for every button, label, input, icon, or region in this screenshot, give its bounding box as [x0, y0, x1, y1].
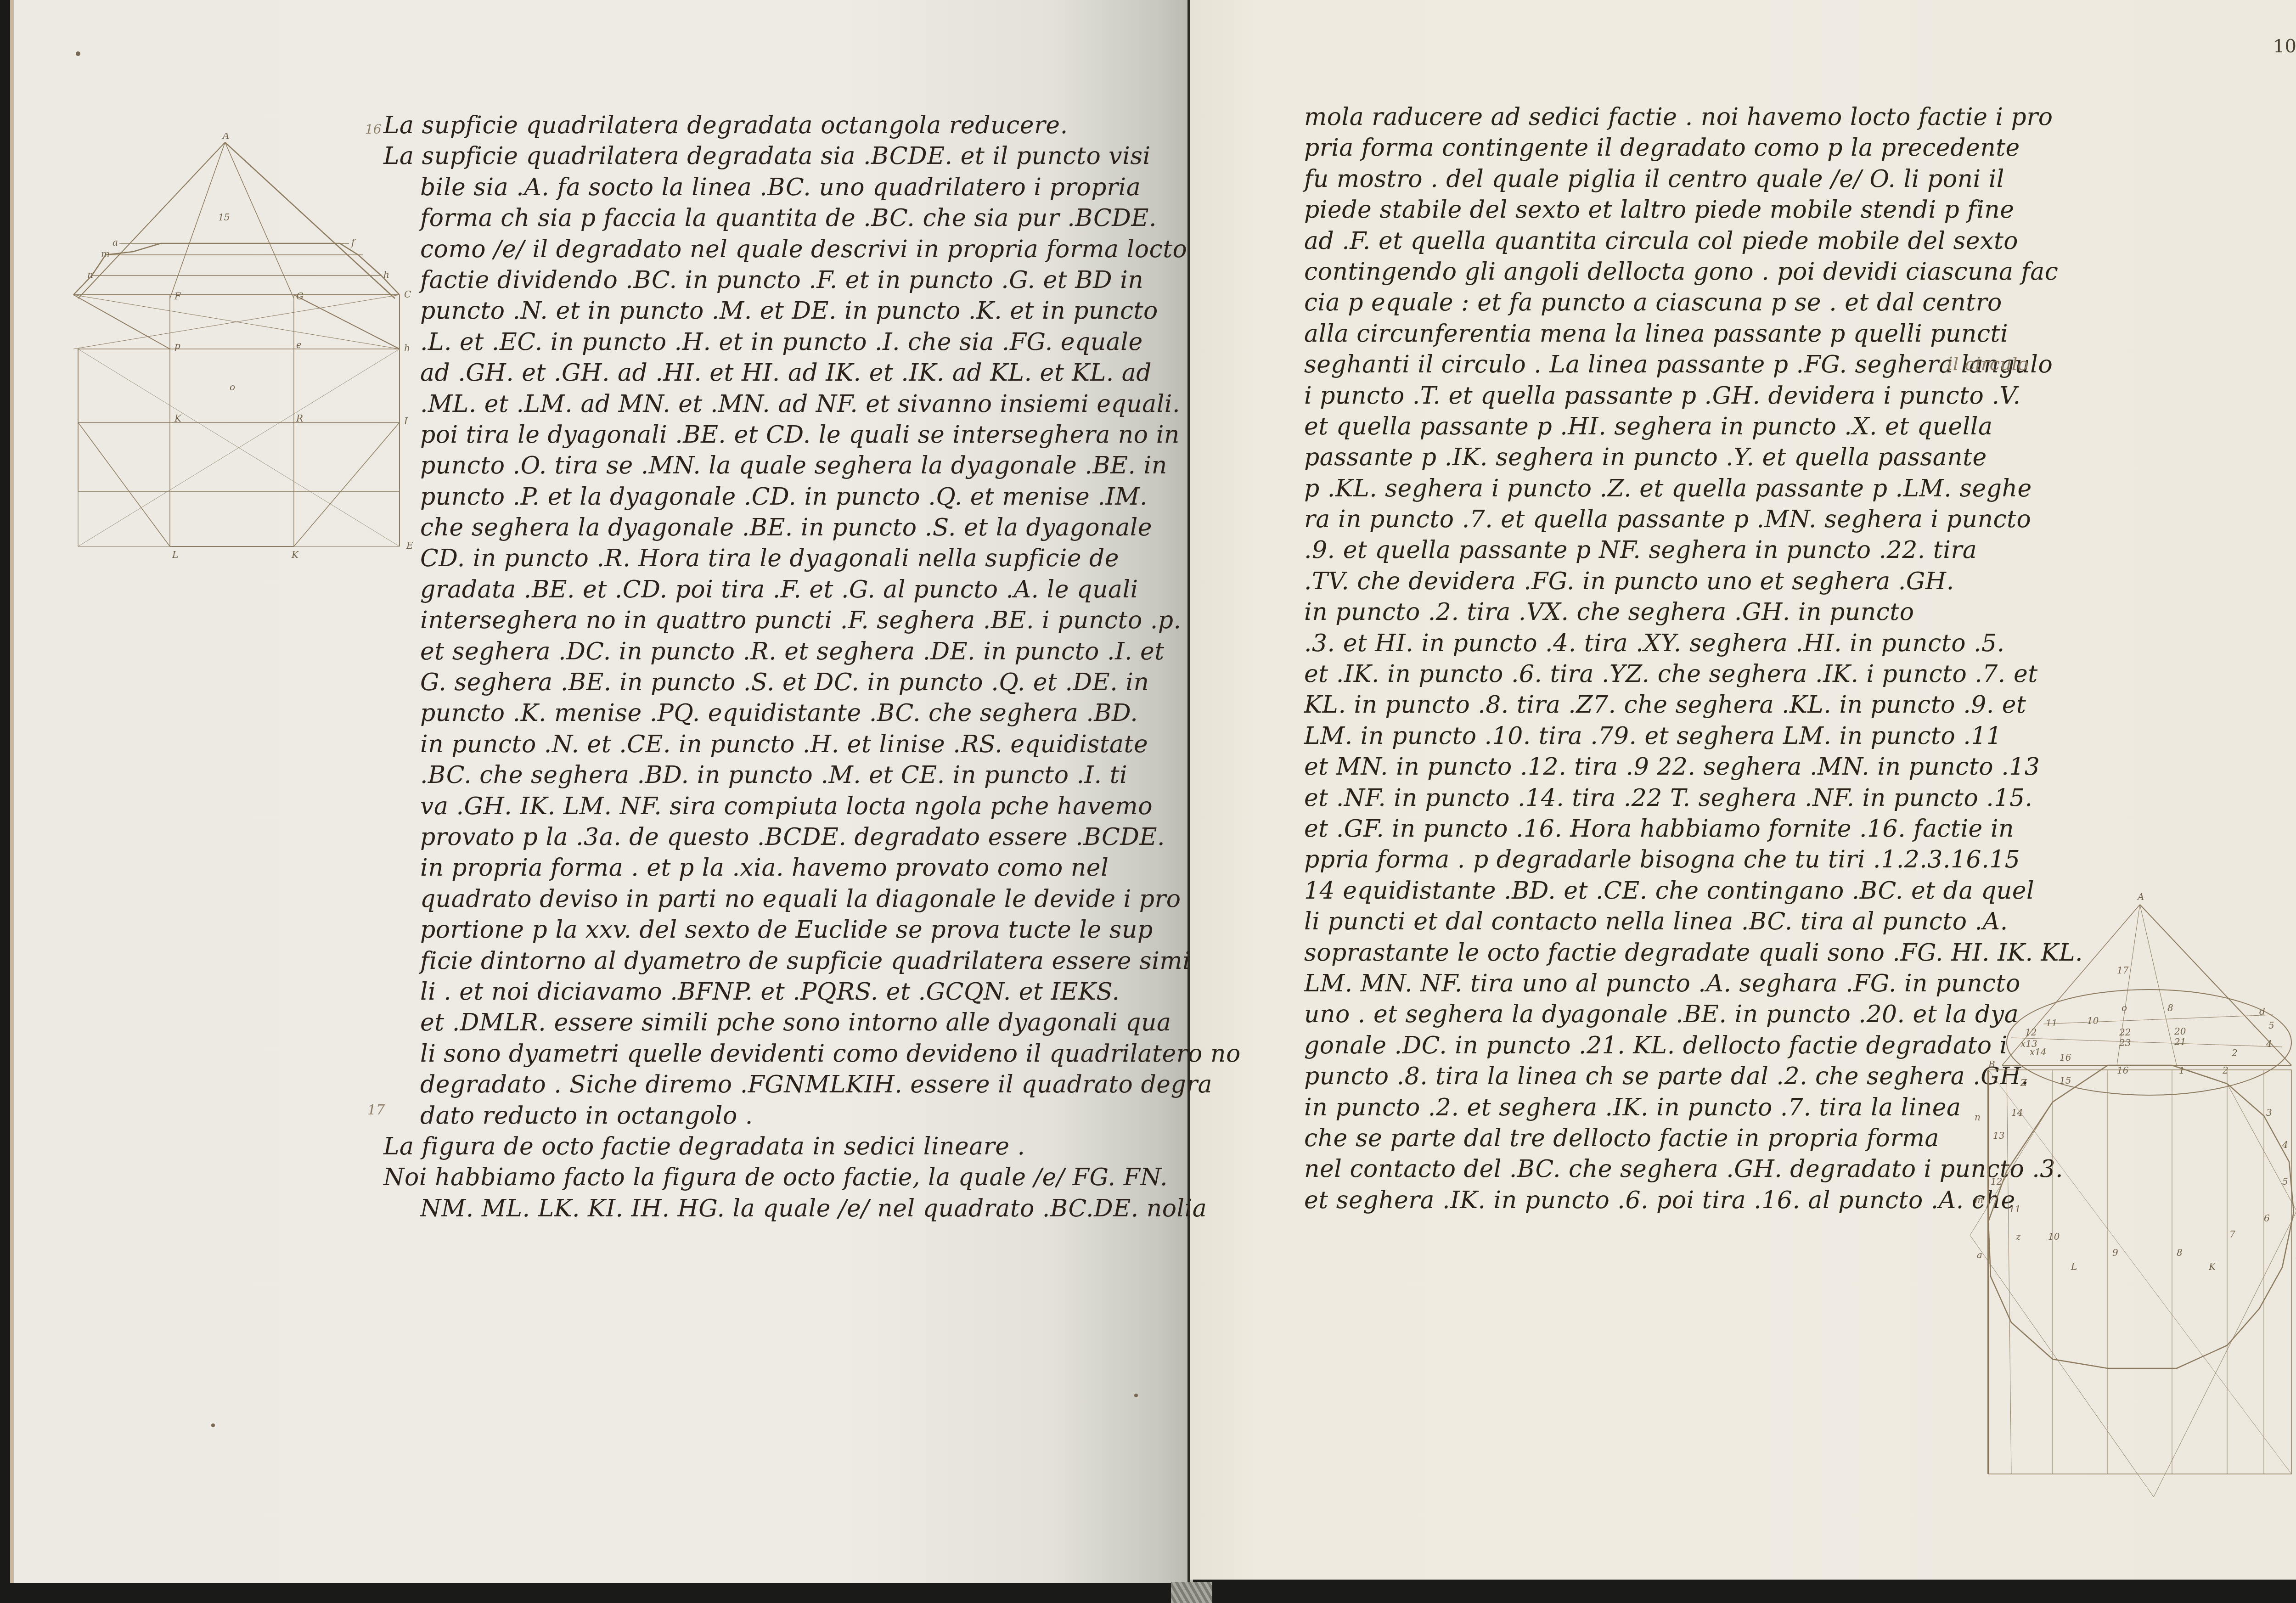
ink-speck: [211, 1423, 215, 1427]
folio-number: 10: [2273, 36, 2296, 57]
svg-text:7: 7: [2229, 1229, 2235, 1240]
text-line: LM. in puncto .10. tira .79. et seghera …: [1304, 721, 2020, 752]
svg-text:K: K: [291, 549, 299, 560]
margin-note-il-circulo: il circulo: [1947, 354, 2029, 375]
right-page-text: mola raducere ad sedici factie . noi hav…: [1304, 102, 2020, 1216]
text-line: G. seghera .BE. in puncto .S. et DC. in …: [383, 667, 1127, 698]
text-line: 14 equidistante .BD. et .CE. che conting…: [1304, 876, 2020, 906]
left-page-text: La supficie quadrilatera degradata octan…: [383, 110, 1127, 1224]
svg-text:o: o: [2122, 1002, 2127, 1013]
book-gutter: [1187, 0, 1190, 1589]
text-line: i puncto .T. et quella passante p .GH. d…: [1304, 381, 2020, 411]
text-line: puncto .8. tira la linea ch se parte dal…: [1304, 1061, 2020, 1092]
text-line: che seghera la dyagonale .BE. in puncto …: [383, 512, 1127, 543]
text-line: passante p .IK. seghera in puncto .Y. et…: [1304, 442, 2020, 473]
text-line: LM. MN. NF. tira uno al puncto .A. segha…: [1304, 968, 2020, 999]
svg-text:L: L: [172, 549, 178, 560]
svg-text:f: f: [350, 237, 356, 248]
text-line: ad .F. et quella quantita circula col pi…: [1304, 226, 2020, 257]
text-line: in propria forma . et p la .xia. havemo …: [383, 853, 1127, 883]
ink-speck: [76, 51, 80, 56]
text-line: CD. in puncto .R. Hora tira le dyagonali…: [383, 543, 1127, 574]
text-line: quadrato deviso in parti no equali la di…: [383, 884, 1127, 915]
svg-text:2: 2: [2231, 1047, 2238, 1058]
svg-text:I: I: [404, 416, 408, 427]
svg-text:n: n: [1975, 1112, 1981, 1123]
svg-text:15: 15: [2060, 1075, 2071, 1086]
text-line: ficie dintorno al dyametro de supficie q…: [383, 946, 1127, 977]
text-line: soprastante le octo factie degradate qua…: [1304, 938, 2020, 968]
text-line: poi tira le dyagonali .BE. et CD. le qua…: [383, 420, 1127, 450]
text-line: .ML. et .LM. ad MN. et .MN. ad NF. et si…: [383, 389, 1127, 420]
text-line: .TV. che devidera .FG. in puncto uno et …: [1304, 566, 2020, 597]
svg-text:4: 4: [2282, 1139, 2288, 1150]
svg-text:Z: Z: [2020, 1077, 2027, 1088]
svg-text:5: 5: [2268, 1020, 2274, 1031]
section-heading: La figura de octo factie degradata in se…: [383, 1131, 1127, 1162]
text-line: seghanti il circulo . La linea passante …: [1304, 349, 2020, 380]
diagram-right-svg: A 17 d B C o 8 10 11 12 x13 x14 16 22 23…: [1961, 882, 2296, 1515]
text-line: et .GF. in puncto .16. Hora habbiamo for…: [1304, 814, 2020, 844]
svg-text:e: e: [296, 339, 302, 350]
text-line: puncto .K. menise .PQ. equidistante .BC.…: [383, 698, 1127, 729]
svg-text:23: 23: [2119, 1037, 2131, 1048]
svg-text:2: 2: [2222, 1065, 2228, 1076]
svg-text:a: a: [1977, 1249, 1982, 1260]
svg-text:1: 1: [2179, 1065, 2185, 1076]
text-line: et .IK. in puncto .6. tira .YZ. che segh…: [1304, 659, 2020, 690]
text-line: .3. et HI. in puncto .4. tira .XY. seghe…: [1304, 628, 2020, 659]
svg-text:14: 14: [2011, 1107, 2023, 1118]
text-line: et .DMLR. essere simili pche sono intorn…: [383, 1007, 1127, 1038]
svg-text:h: h: [404, 343, 410, 354]
octagon-construction-diagram: A 15 a f m n h F G C p e h o K R I L K E: [64, 133, 413, 739]
text-line: li puncti et dal contacto nella linea .B…: [1304, 906, 2020, 937]
text-line: gradata .BE. et .CD. poi tira .F. et .G.…: [383, 574, 1127, 605]
svg-text:z: z: [2015, 1231, 2021, 1242]
text-line: puncto .P. et la dyagonale .CD. in punct…: [383, 482, 1127, 512]
svg-text:d: d: [2259, 1006, 2265, 1017]
svg-text:17: 17: [2117, 965, 2129, 976]
text-line: et .NF. in puncto .14. tira .22 T. seghe…: [1304, 783, 2020, 814]
text-line: NM. ML. LK. KI. IH. HG. la quale /e/ nel…: [383, 1193, 1127, 1224]
text-line: dato reducto in octangolo .: [383, 1101, 1127, 1131]
text-line: .9. et quella passante p NF. seghera in …: [1304, 535, 2020, 566]
margin-number-17: 17: [367, 1102, 385, 1118]
text-line: piede stabile del sexto et laltro piede …: [1304, 195, 2020, 225]
svg-text:13: 13: [1993, 1130, 2004, 1141]
text-line: p .KL. seghera i puncto .Z. et quella pa…: [1304, 473, 2020, 504]
svg-text:p: p: [174, 340, 180, 351]
text-line: et seghera .IK. in puncto .6. poi tira .…: [1304, 1185, 2020, 1216]
text-line: como /e/ il degradato nel quale descrivi…: [383, 234, 1127, 265]
svg-text:m: m: [101, 248, 110, 259]
text-line: provato p la .3a. de questo .BCDE. degra…: [383, 822, 1127, 853]
svg-text:10: 10: [2087, 1015, 2099, 1026]
text-line: interseghera no in quattro puncti .F. se…: [383, 605, 1127, 636]
text-line: puncto .O. tira se .MN. la quale seghera…: [383, 450, 1127, 481]
svg-text:F: F: [174, 291, 181, 302]
svg-text:5: 5: [2282, 1176, 2288, 1187]
svg-text:G: G: [296, 291, 304, 302]
text-line: contingendo gli angoli dellocta gono . p…: [1304, 257, 2020, 287]
section-heading: La supficie quadrilatera degradata octan…: [383, 110, 1127, 141]
svg-text:C: C: [404, 289, 411, 300]
text-line: uno . et seghera la dyagonale .BE. in pu…: [1304, 999, 2020, 1030]
text-line: mola raducere ad sedici factie . noi hav…: [1304, 102, 2020, 133]
svg-text:16: 16: [2060, 1052, 2071, 1063]
svg-text:15: 15: [218, 212, 230, 223]
text-line: La supficie quadrilatera degradata sia .…: [383, 141, 1127, 172]
text-line: in puncto .2. tira .VX. che seghera .GH.…: [1304, 597, 2020, 628]
text-line: nel contacto del .BC. che seghera .GH. d…: [1304, 1154, 2020, 1185]
text-line: fu mostro . del quale piglia il centro q…: [1304, 164, 2020, 195]
svg-text:L: L: [2071, 1261, 2077, 1272]
text-line: ppria forma . p degradarle bisogna che t…: [1304, 844, 2020, 875]
text-line: in puncto .N. et .CE. in puncto .H. et l…: [383, 729, 1127, 760]
svg-text:9: 9: [2112, 1247, 2118, 1258]
svg-text:3: 3: [2266, 1107, 2272, 1118]
ink-speck: [1134, 1394, 1138, 1397]
text-line: portione p la xxv. del sexto de Euclide …: [383, 915, 1127, 945]
text-line: .BC. che seghera .BD. in puncto .M. et C…: [383, 760, 1127, 791]
svg-text:22: 22: [2119, 1027, 2131, 1038]
text-line: et MN. in puncto .12. tira .9 22. segher…: [1304, 752, 2020, 782]
text-line: ra in puncto .7. et quella passante p .M…: [1304, 504, 2020, 535]
svg-text:h: h: [383, 269, 389, 280]
svg-text:K: K: [2208, 1261, 2216, 1272]
svg-text:A: A: [222, 133, 229, 141]
text-line: pria forma contingente il degradato como…: [1304, 133, 2020, 163]
text-line: KL. in puncto .8. tira .Z7. che seghera …: [1304, 690, 2020, 720]
text-line: che se parte dal tre dellocto factie in …: [1304, 1123, 2020, 1154]
text-line: .L. et .EC. in puncto .H. et in puncto .…: [383, 327, 1127, 358]
svg-text:4: 4: [2266, 1038, 2272, 1049]
text-line: et seghera .DC. in puncto .R. et seghera…: [383, 636, 1127, 667]
text-line: puncto .N. et in puncto .M. et DE. in pu…: [383, 296, 1127, 326]
svg-text:11: 11: [2046, 1018, 2057, 1029]
svg-text:a: a: [113, 237, 118, 248]
svg-text:16: 16: [2117, 1065, 2129, 1076]
text-line: li . et noi diciavamo .BFNP. et .PQRS. e…: [383, 977, 1127, 1007]
svg-text:K: K: [174, 413, 182, 424]
svg-text:m: m: [1975, 1194, 1983, 1205]
svg-text:10: 10: [2048, 1231, 2060, 1242]
text-line: bile sia .A. fa socto la linea .BC. uno …: [383, 172, 1127, 203]
binding-thread: [1171, 1582, 1212, 1603]
svg-text:12: 12: [1991, 1176, 2002, 1187]
svg-text:R: R: [296, 413, 303, 424]
svg-text:A: A: [2137, 891, 2144, 902]
text-line: ad .GH. et .GH. ad .HI. et HI. ad IK. et…: [383, 358, 1127, 388]
text-line: li sono dyametri quelle devidenti como d…: [383, 1039, 1127, 1069]
svg-text:8: 8: [2177, 1247, 2183, 1258]
text-line: gonale .DC. in puncto .21. KL. dellocto …: [1304, 1030, 2020, 1061]
svg-text:x14: x14: [2030, 1046, 2047, 1057]
svg-text:E: E: [406, 540, 413, 551]
text-line: factie dividendo .BC. in puncto .F. et i…: [383, 265, 1127, 296]
diagram-left-svg: A 15 a f m n h F G C p e h o K R I L K E: [64, 133, 413, 739]
text-line: in puncto .2. et seghera .IK. in puncto …: [1304, 1092, 2020, 1123]
svg-text:21: 21: [2174, 1036, 2186, 1047]
text-line: cia p equale : et fa puncto a ciascuna p…: [1304, 287, 2020, 318]
text-line: va .GH. IK. LM. NF. sira compiuta locta …: [383, 791, 1127, 822]
svg-text:6: 6: [2264, 1213, 2270, 1224]
text-line: et quella passante p .HI. seghera in pun…: [1304, 411, 2020, 442]
svg-text:o: o: [230, 382, 235, 393]
text-line: forma ch sia p faccia la quantita de .BC…: [383, 203, 1127, 234]
svg-text:8: 8: [2167, 1002, 2173, 1013]
text-line: Noi habbiamo facto la figura de octo fac…: [383, 1162, 1127, 1193]
svg-text:B: B: [1988, 1059, 1995, 1070]
text-line: degradato . Siche diremo .FGNMLKIH. esse…: [383, 1069, 1127, 1100]
svg-text:20: 20: [2174, 1026, 2186, 1037]
svg-text:n: n: [87, 269, 93, 280]
sixteen-face-construction-diagram: A 17 d B C o 8 10 11 12 x13 x14 16 22 23…: [1961, 882, 2296, 1515]
svg-text:12: 12: [2025, 1027, 2037, 1038]
svg-text:11: 11: [2009, 1204, 2020, 1215]
text-line: alla circunferentia mena la linea passan…: [1304, 319, 2020, 349]
